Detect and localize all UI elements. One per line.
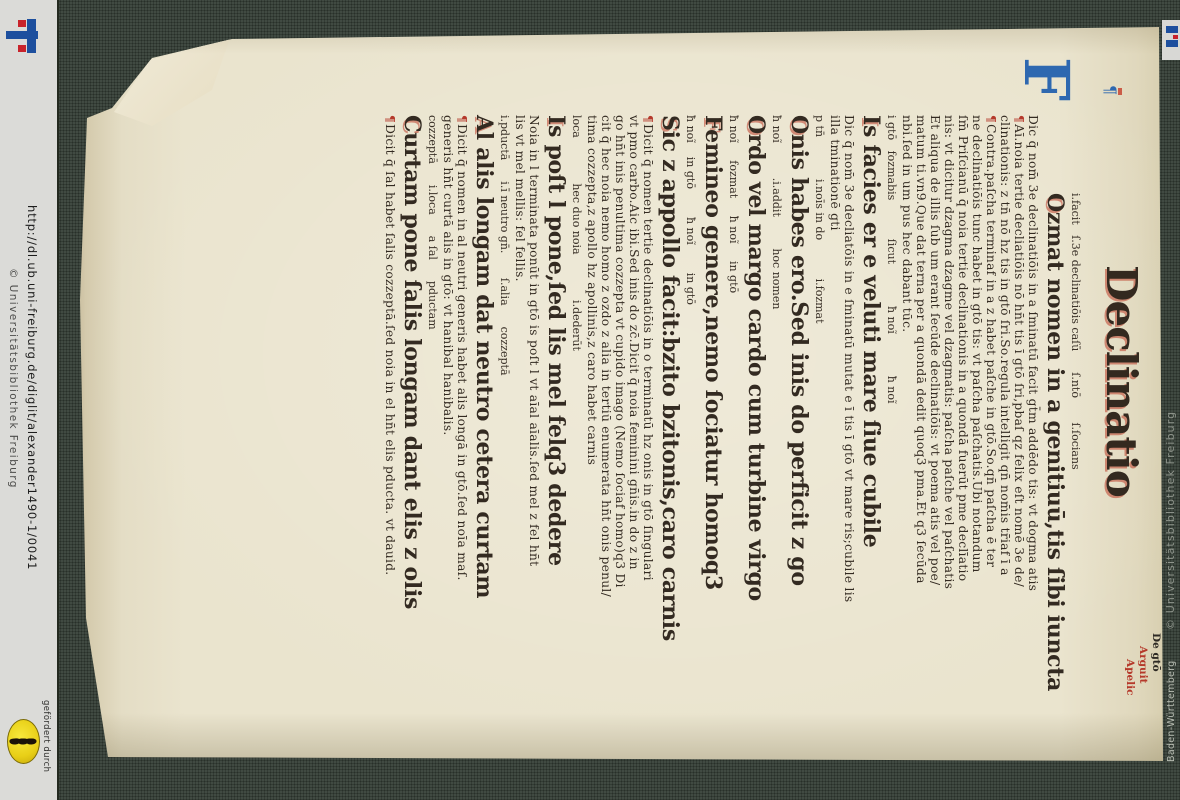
text-line: ¶Dicit q̄ nomen in al neutri generis hab… [455, 115, 469, 630]
text-line: ¶Aī.noia tertie decliatiōis nō hn̄t tis … [1012, 115, 1026, 630]
text-line: Is facies er e veluti mare ſiue cubile [857, 115, 884, 630]
text-line: ħ noĩ in gtō ħ noĩ in gtō [684, 115, 696, 630]
text-line: nis: vt dicitur dzagma dzagme vel dzagma… [942, 115, 956, 630]
text-line: Ozmat nomen in a genitiuū,tis ſibi iunct… [1041, 115, 1068, 630]
rubricated-capital: O [743, 115, 769, 134]
text-line: ¶Dicit q̄ nomen tertie declinatiōis in o… [641, 115, 655, 630]
text-line: i.pductā i.ī neutro gn̄. ſ.alia cozzeptā [498, 115, 510, 630]
rubricated-capital: F [700, 115, 726, 129]
lombard-initial: F [1018, 57, 1074, 101]
paragraph-mark: ¶ [641, 115, 655, 124]
logo-square-red [18, 20, 26, 27]
rubricated-capital: C [399, 115, 425, 132]
margin-note: Arguit [1136, 646, 1149, 775]
text-line: Onis habes ero.Sed inis do perficit z go [785, 115, 812, 630]
text-line: ¶Dicit q̄ ſal habet ſalis cozzeptā.ſed n… [383, 115, 397, 630]
baden-wuerttemberg-coat-of-arms-icon [7, 719, 40, 764]
text-line: matum ti.vn9.Que dat terna per a quondā … [914, 115, 928, 630]
text-line: Ordo vel margo cardo cum turbine virgo [742, 115, 769, 630]
text-line: nbi.ſed in um pus hec dabant tūc. [900, 115, 914, 630]
text-line: Is poſt l pone,ſed lis mel felq3 dedere [542, 115, 569, 630]
logo-square-red [1173, 35, 1178, 39]
text-line: i gtō fozmabis ſicut ħ noĩ ħ noĩ [885, 115, 897, 630]
text-line: lis vt mel mellis: fel fellis. [513, 115, 527, 630]
text-line: generis hn̄t curtā alis in gtō: vt hanib… [441, 115, 455, 630]
text-line: ſm̄ Priſcianū q̄ noia tertie declination… [956, 115, 970, 630]
logo-bar-blue [27, 19, 36, 53]
text-line: i.facit ſ.3e declinatiōis caſū ſ.ntō ſ.ſ… [1069, 115, 1081, 630]
rubric-ornament-icon: ¶ [1101, 85, 1120, 95]
text-line: Noia in l terminata ponūt in gtō is poſt… [527, 115, 541, 630]
funding-label: gefördert durch [41, 700, 51, 772]
paragraph-mark: ¶ [1012, 115, 1026, 124]
margin-note: Apelic [1123, 659, 1136, 775]
paragraph-mark: ¶ [984, 115, 998, 124]
page-title: Declinatio [1097, 265, 1146, 630]
text-line: Dic q̄ nom̄ 3e decliatōis in e ſminatū m… [842, 115, 856, 630]
library-logo-icon [3, 8, 49, 58]
paragraph-mark: ¶ [455, 115, 469, 124]
lion-icon [26, 739, 37, 745]
text-line: Femineo genere,nemo ſociatur homoq3 [699, 115, 726, 630]
logo-square-red [18, 45, 26, 52]
source-url: http://dl.ub.uni-freiburg.de/diglit/alex… [25, 205, 39, 570]
text-line: p tn̄ i.noīs in do i.fozmat [813, 115, 825, 630]
logo-bar-blue [1166, 26, 1178, 33]
text-line: cozzeptā i.loca a ſal pductam [426, 115, 438, 630]
paragraph-mark: ¶ [383, 115, 397, 124]
rubricated-capital: A [471, 115, 497, 132]
rubricated-capital: O [1042, 193, 1068, 212]
margin-notes: De gtōArguitApelic [1123, 615, 1162, 775]
margin-note: De gtō [1149, 633, 1162, 775]
title-text: Declinatio [1097, 265, 1146, 497]
copyright-left: © Universitätsbibliothek Freiburg [7, 268, 19, 489]
text-line: go hn̄t inis penultima cozzepta vt cupid… [613, 115, 627, 630]
text-block: Declinatio i.facit ſ.3e declinatiōis caſ… [383, 115, 1160, 630]
frame-corner-logo-icon [1162, 20, 1180, 60]
text-line: vt pmo carbo.Aic ibi.Sed inis do zc̄.Dic… [627, 115, 641, 630]
book-page: ¶ De gtōArguitApelic F Declinatio i.faci… [60, 20, 1170, 765]
text-line: Dic q̄ nom̄ 3e declinatiōis in a ſminatū… [1026, 115, 1040, 630]
rubricated-capital: I [543, 115, 569, 125]
text-line: Sic z appollo facit:bzito bzitonis,caro … [656, 115, 683, 630]
logo-bar-blue [1166, 40, 1178, 47]
text-line: cit q̄ hec noia nemo homo z ozdo z alia … [599, 115, 613, 630]
scanner-frame-strip: http://dl.ub.uni-freiburg.de/diglit/alex… [0, 0, 59, 800]
text-lines: i.facit ſ.3e declinatiōis caſū ſ.ntō ſ.ſ… [383, 115, 1081, 630]
text-line: clinationis: z tn̄ nō hz tis in gtō ſri.… [998, 115, 1012, 630]
text-line: illa tminationē gti [828, 115, 842, 630]
text-line: loca hec duo noia i.dederūt [570, 115, 582, 630]
scan-viewer: ¶ De gtōArguitApelic F Declinatio i.faci… [0, 0, 1180, 800]
text-line: Curtam pone ſalis longam dant elis z oli… [398, 115, 425, 630]
text-line: tima cozzepta,z apollo hz apollinis,z ca… [585, 115, 599, 630]
copyright-right: © Universitätsbibliothek Freiburg [1164, 411, 1177, 630]
text-line: ¶Contra.paſcha terminaf in a z habet paſ… [984, 115, 998, 630]
rubricated-capital: O [786, 115, 812, 134]
text-line: ħ noĩ fozmat ħ noĩ in gtō [727, 115, 739, 630]
rubricated-capital: S [657, 115, 683, 131]
page-content-rotated: ¶ De gtōArguitApelic F Declinatio i.faci… [75, 55, 1160, 765]
text-line: ħ noĩ .i.addit hoc nomen [770, 115, 782, 630]
text-line: ne declinatiōis tunc habet in gtō tis: v… [970, 115, 984, 630]
text-line: Et aliqua de illis ſub um erant ſecūde d… [928, 115, 942, 630]
rubricated-capital: I [858, 115, 884, 125]
text-line: Al alis longam dat neutro cetera curtam [470, 115, 497, 630]
funding-region: Baden-Württemberg [1166, 660, 1177, 762]
